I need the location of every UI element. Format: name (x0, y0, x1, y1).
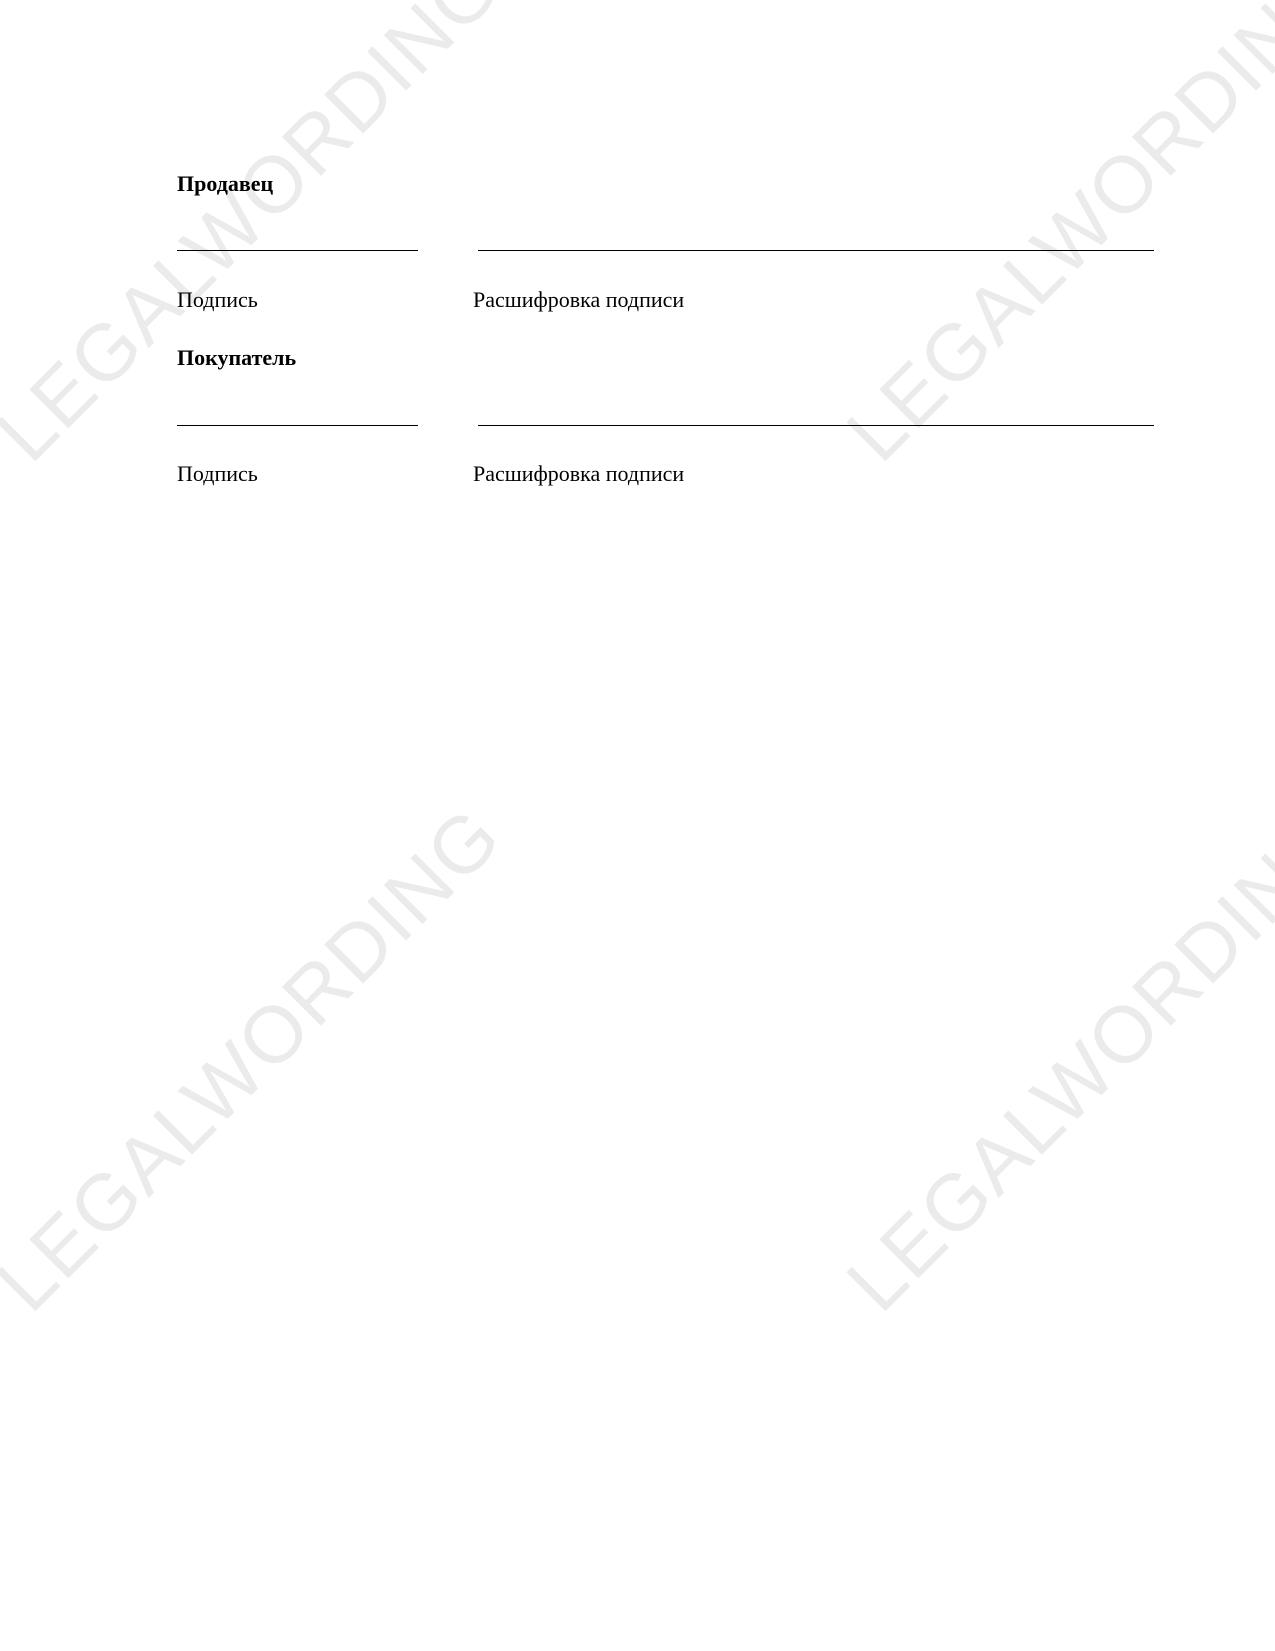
party-title-buyer: Покупатель (177, 345, 296, 371)
watermark: LEGALWORDING (833, 794, 1275, 1325)
watermark: LEGALWORDING (833, 0, 1275, 475)
signature-label: Подпись (177, 287, 258, 313)
name-label: Расшифровка подписи (473, 461, 684, 487)
watermark: LEGALWORDING (0, 794, 515, 1325)
name-line[interactable] (478, 425, 1154, 426)
signature-label: Подпись (177, 461, 258, 487)
name-label: Расшифровка подписи (473, 287, 684, 313)
party-title-seller: Продавец (177, 171, 273, 197)
watermark: LEGALWORDING (0, 0, 515, 475)
signature-line[interactable] (177, 425, 418, 426)
signature-line[interactable] (177, 250, 418, 251)
name-line[interactable] (478, 250, 1154, 251)
